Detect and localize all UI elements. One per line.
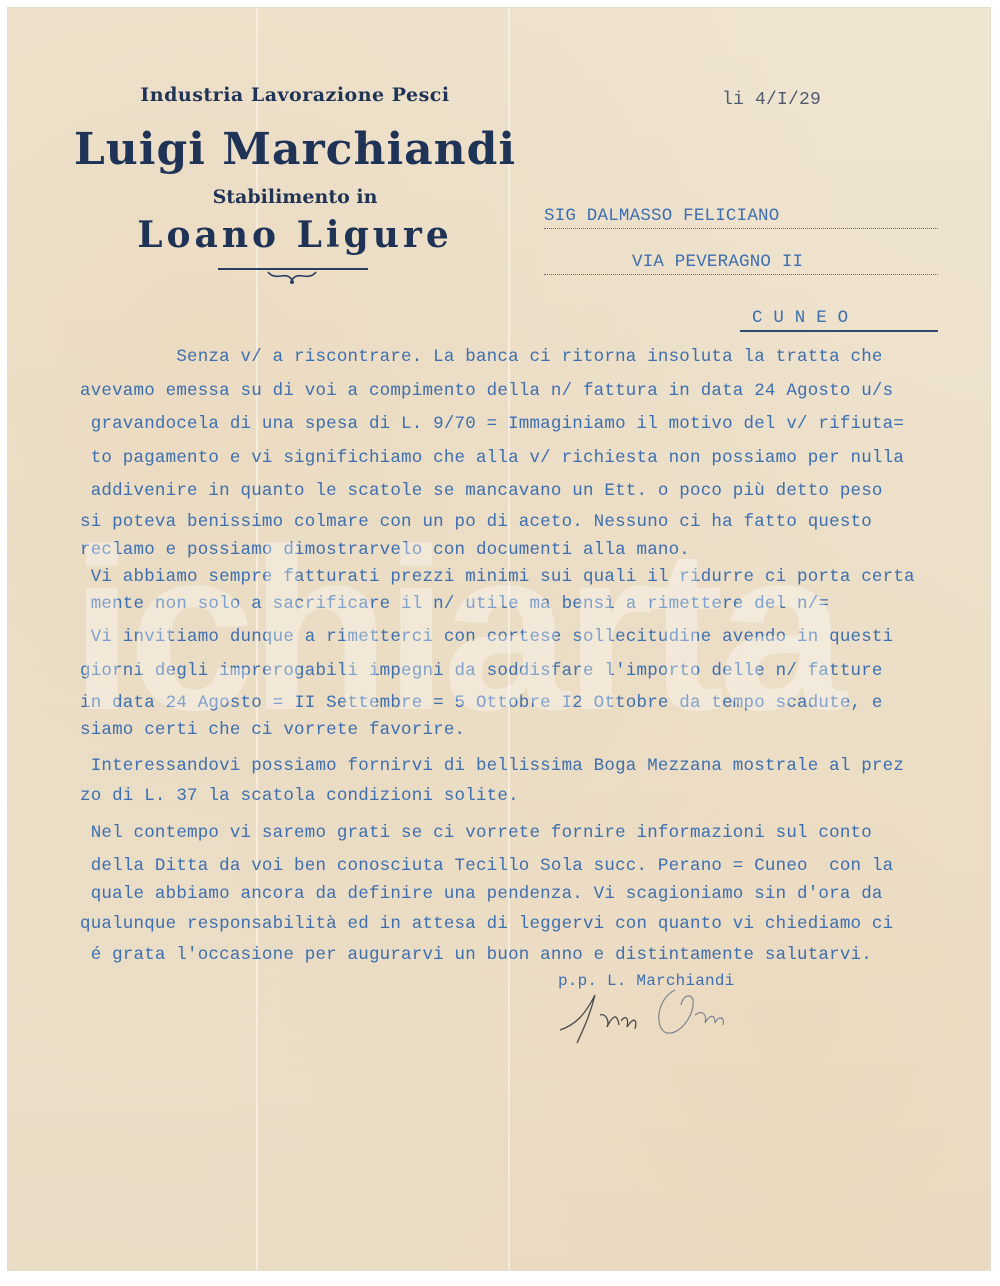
- body-line: siamo certi che ci vorrete favorire.: [80, 720, 465, 740]
- body-line: della Ditta da voi ben conosciuta Tecill…: [80, 856, 893, 876]
- body-line: giorni degli imprerogabili impegni da so…: [80, 661, 883, 681]
- body-line: zo di L. 37 la scatola condizioni solite…: [80, 786, 519, 806]
- recipient-street: VIA PEVERAGNO II: [632, 252, 803, 272]
- body-line: addivenire in quanto le scatole se manca…: [80, 481, 883, 501]
- body-line: to pagamento e vi significhiamo che alla…: [80, 448, 904, 468]
- body-line: avevamo emessa su di voi a compimento de…: [80, 381, 893, 401]
- letter-date: li 4/I/29: [722, 90, 821, 110]
- body-line: reclamo e possiamo dimostrarvelo con doc…: [80, 540, 690, 560]
- letterhead-place: Loano Ligure: [60, 214, 530, 256]
- recipient-name: SIG DALMASSO FELICIANO: [544, 206, 779, 226]
- recipient-city-line: C U N E O: [740, 310, 938, 332]
- body-line: mente non solo a sacrificare il n/ utile…: [80, 594, 829, 614]
- body-line: qualunque responsabilità ed in attesa di…: [80, 914, 893, 934]
- recipient-city: C U N E O: [752, 308, 848, 328]
- body-line: Nel contempo vi saremo grati se ci vorre…: [80, 823, 872, 843]
- body-line: quale abbiamo ancora da definire una pen…: [80, 884, 883, 904]
- body-line: Interessandovi possiamo fornirvi di bell…: [80, 756, 904, 776]
- body-line: é grata l'occasione per augurarvi un buo…: [80, 945, 872, 965]
- recipient-street-line: VIA PEVERAGNO II: [544, 256, 938, 275]
- body-line: si poteva benissimo colmare con un po di…: [80, 512, 872, 532]
- flourish-ornament-icon: [262, 268, 322, 286]
- body-line: gravandocela di una spesa di L. 9/70 = I…: [80, 414, 904, 434]
- body-line: Vi invitiamo dunque a rimetterci con cor…: [80, 627, 893, 647]
- letterhead-establishment-label: Stabilimento in: [60, 186, 530, 208]
- body-line: Senza v/ a riscontrare. La banca ci rito…: [80, 347, 883, 367]
- recipient-name-line: SIG DALMASSO FELICIANO: [544, 206, 938, 229]
- body-line: in data 24 Agosto = II Settembre = 5 Ott…: [80, 693, 883, 713]
- body-line: Vi abbiamo sempre fatturati prezzi minim…: [80, 567, 915, 587]
- handwritten-signature-icon: [555, 985, 785, 1045]
- letterhead-industry: Industria Lavorazione Pesci: [60, 84, 530, 106]
- letterhead-company-name: Luigi Marchiandi: [60, 124, 530, 175]
